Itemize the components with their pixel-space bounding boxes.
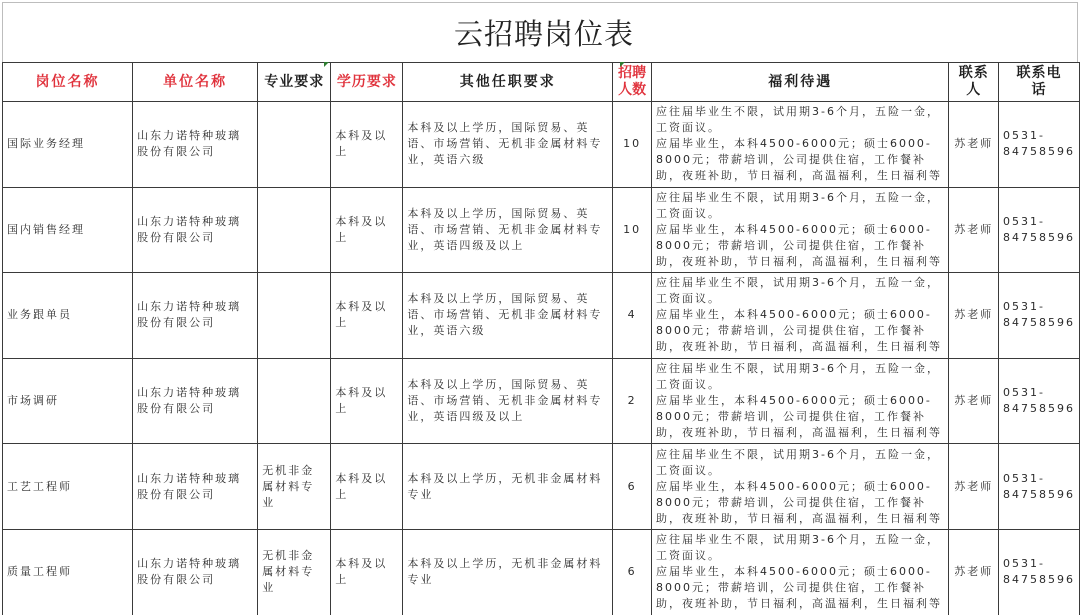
header-benefits[interactable]: 福利待遇 — [651, 63, 949, 102]
cell-major[interactable]: 无机非金属材料专业 — [258, 444, 331, 530]
title-cell[interactable]: 云招聘岗位表 — [2, 2, 1078, 62]
cell-major[interactable] — [258, 187, 331, 273]
cell-major[interactable] — [258, 102, 331, 188]
cell-comment-indicator-icon[interactable] — [324, 62, 329, 67]
cell-company[interactable]: 山东力诺特种玻璃股份有限公司 — [133, 358, 258, 444]
cell-headcount[interactable]: 10 — [613, 187, 652, 273]
benefits-line1: 应往届毕业生不限，试用期3-6个月，五险一金，工资面议。 — [656, 190, 945, 222]
benefits-line1: 应往届毕业生不限，试用期3-6个月，五险一金，工资面议。 — [656, 275, 945, 307]
table-row: 工艺工程师 山东力诺特种玻璃股份有限公司 无机非金属材料专业 本科及以上 本科及… — [3, 444, 1080, 530]
header-education[interactable]: 学历要求 — [331, 63, 403, 102]
benefits-line1: 应往届毕业生不限，试用期3-6个月，五险一金，工资面议。 — [656, 361, 945, 393]
header-contact-line1: 联系 — [951, 65, 995, 82]
header-phone-line1: 联系电 — [1001, 65, 1077, 82]
cell-position[interactable]: 国内销售经理 — [3, 187, 133, 273]
header-other-requirements[interactable]: 其他任职要求 — [403, 63, 613, 102]
cell-education[interactable]: 本科及以上 — [331, 102, 403, 188]
cell-benefits[interactable]: 应往届毕业生不限，试用期3-6个月，五险一金，工资面议。 应届毕业生，本科450… — [651, 187, 949, 273]
cell-education[interactable]: 本科及以上 — [331, 529, 403, 615]
table-row: 国内销售经理 山东力诺特种玻璃股份有限公司 本科及以上 本科及以上学历，国际贸易… — [3, 187, 1080, 273]
cell-major[interactable] — [258, 358, 331, 444]
cell-benefits[interactable]: 应往届毕业生不限，试用期3-6个月，五险一金，工资面议。 应届毕业生，本科450… — [651, 102, 949, 188]
benefits-line2: 应届毕业生，本科4500-6000元；硕士6000-8000元；带薪培训，公司提… — [656, 479, 945, 527]
cell-major[interactable] — [258, 273, 331, 359]
cell-benefits[interactable]: 应往届毕业生不限，试用期3-6个月，五险一金，工资面议。 应届毕业生，本科450… — [651, 358, 949, 444]
cell-other-requirements[interactable]: 本科及以上学历，国际贸易、英语、市场营销、无机非金属材料专业，英语六级 — [403, 273, 613, 359]
cell-contact[interactable]: 苏老师 — [949, 358, 998, 444]
cell-company[interactable]: 山东力诺特种玻璃股份有限公司 — [133, 187, 258, 273]
cell-other-requirements[interactable]: 本科及以上学历，无机非金属材料专业 — [403, 529, 613, 615]
benefits-line2: 应届毕业生，本科4500-6000元；硕士6000-8000元；带薪培训，公司提… — [656, 307, 945, 355]
cell-headcount[interactable]: 6 — [613, 529, 652, 615]
cell-other-requirements[interactable]: 本科及以上学历，国际贸易、英语、市场营销、无机非金属材料专业，英语四级及以上 — [403, 187, 613, 273]
cell-headcount[interactable]: 10 — [613, 102, 652, 188]
cell-benefits[interactable]: 应往届毕业生不限，试用期3-6个月，五险一金，工资面议。 应届毕业生，本科450… — [651, 273, 949, 359]
benefits-line2: 应届毕业生，本科4500-6000元；硕士6000-8000元；带薪培训，公司提… — [656, 222, 945, 270]
job-table: 岗位名称 单位名称 专业要求 学历要求 其他任职要求 招聘 人数 福利待遇 联系… — [2, 62, 1080, 615]
cell-education[interactable]: 本科及以上 — [331, 444, 403, 530]
cell-phone[interactable]: 0531-84758596 — [998, 273, 1079, 359]
cell-position[interactable]: 市场调研 — [3, 358, 133, 444]
header-major[interactable]: 专业要求 — [258, 63, 331, 102]
cell-other-requirements[interactable]: 本科及以上学历，国际贸易、英语、市场营销、无机非金属材料专业，英语四级及以上 — [403, 358, 613, 444]
benefits-line1: 应往届毕业生不限，试用期3-6个月，五险一金，工资面议。 — [656, 447, 945, 479]
cell-other-requirements[interactable]: 本科及以上学历，无机非金属材料专业 — [403, 444, 613, 530]
cell-position[interactable]: 质量工程师 — [3, 529, 133, 615]
cell-position[interactable]: 业务跟单员 — [3, 273, 133, 359]
cell-benefits[interactable]: 应往届毕业生不限，试用期3-6个月，五险一金，工资面议。 应届毕业生，本科450… — [651, 529, 949, 615]
cell-phone[interactable]: 0531-84758596 — [998, 529, 1079, 615]
cell-education[interactable]: 本科及以上 — [331, 358, 403, 444]
cell-company[interactable]: 山东力诺特种玻璃股份有限公司 — [133, 529, 258, 615]
table-row: 市场调研 山东力诺特种玻璃股份有限公司 本科及以上 本科及以上学历，国际贸易、英… — [3, 358, 1080, 444]
cell-other-requirements[interactable]: 本科及以上学历，国际贸易、英语、市场营销、无机非金属材料专业，英语六级 — [403, 102, 613, 188]
cell-phone[interactable]: 0531-84758596 — [998, 187, 1079, 273]
cell-education[interactable]: 本科及以上 — [331, 187, 403, 273]
table-row: 国际业务经理 山东力诺特种玻璃股份有限公司 本科及以上 本科及以上学历，国际贸易… — [3, 102, 1080, 188]
cell-contact[interactable]: 苏老师 — [949, 444, 998, 530]
benefits-line2: 应届毕业生，本科4500-6000元；硕士6000-8000元；带薪培训，公司提… — [656, 564, 945, 612]
header-headcount-line1: 招聘 — [615, 65, 649, 82]
header-position[interactable]: 岗位名称 — [3, 63, 133, 102]
cell-position[interactable]: 国际业务经理 — [3, 102, 133, 188]
cell-headcount[interactable]: 2 — [613, 358, 652, 444]
header-row: 岗位名称 单位名称 专业要求 学历要求 其他任职要求 招聘 人数 福利待遇 联系… — [3, 63, 1080, 102]
cell-company[interactable]: 山东力诺特种玻璃股份有限公司 — [133, 273, 258, 359]
page-title: 云招聘岗位表 — [454, 12, 634, 53]
benefits-line2: 应届毕业生，本科4500-6000元；硕士6000-8000元；带薪培训，公司提… — [656, 136, 945, 184]
cell-contact[interactable]: 苏老师 — [949, 273, 998, 359]
cell-phone[interactable]: 0531-84758596 — [998, 444, 1079, 530]
header-headcount-line2: 人数 — [615, 82, 649, 99]
header-phone-line2: 话 — [1001, 82, 1077, 99]
cell-benefits[interactable]: 应往届毕业生不限，试用期3-6个月，五险一金，工资面议。 应届毕业生，本科450… — [651, 444, 949, 530]
benefits-line1: 应往届毕业生不限，试用期3-6个月，五险一金，工资面议。 — [656, 532, 945, 564]
header-contact-line2: 人 — [951, 82, 995, 99]
cell-company[interactable]: 山东力诺特种玻璃股份有限公司 — [133, 102, 258, 188]
cell-major[interactable]: 无机非金属材料专业 — [258, 529, 331, 615]
header-contact[interactable]: 联系 人 — [949, 63, 998, 102]
cell-education[interactable]: 本科及以上 — [331, 273, 403, 359]
cell-contact[interactable]: 苏老师 — [949, 102, 998, 188]
cell-headcount[interactable]: 4 — [613, 273, 652, 359]
table-row: 业务跟单员 山东力诺特种玻璃股份有限公司 本科及以上 本科及以上学历，国际贸易、… — [3, 273, 1080, 359]
cell-comment-indicator-icon[interactable] — [620, 62, 625, 67]
cell-phone[interactable]: 0531-84758596 — [998, 358, 1079, 444]
cell-contact[interactable]: 苏老师 — [949, 529, 998, 615]
cell-contact[interactable]: 苏老师 — [949, 187, 998, 273]
cell-phone[interactable]: 0531-84758596 — [998, 102, 1079, 188]
header-headcount[interactable]: 招聘 人数 — [613, 63, 652, 102]
cell-headcount[interactable]: 6 — [613, 444, 652, 530]
cell-position[interactable]: 工艺工程师 — [3, 444, 133, 530]
benefits-line1: 应往届毕业生不限，试用期3-6个月，五险一金，工资面议。 — [656, 104, 945, 136]
table-row: 质量工程师 山东力诺特种玻璃股份有限公司 无机非金属材料专业 本科及以上 本科及… — [3, 529, 1080, 615]
cell-company[interactable]: 山东力诺特种玻璃股份有限公司 — [133, 444, 258, 530]
header-company[interactable]: 单位名称 — [133, 63, 258, 102]
recruitment-sheet: 云招聘岗位表 岗位名称 单位名称 专业要求 学历要求 其他任职要求 招聘 人数 — [0, 0, 1080, 615]
header-phone[interactable]: 联系电 话 — [998, 63, 1079, 102]
benefits-line2: 应届毕业生，本科4500-6000元；硕士6000-8000元；带薪培训，公司提… — [656, 393, 945, 441]
